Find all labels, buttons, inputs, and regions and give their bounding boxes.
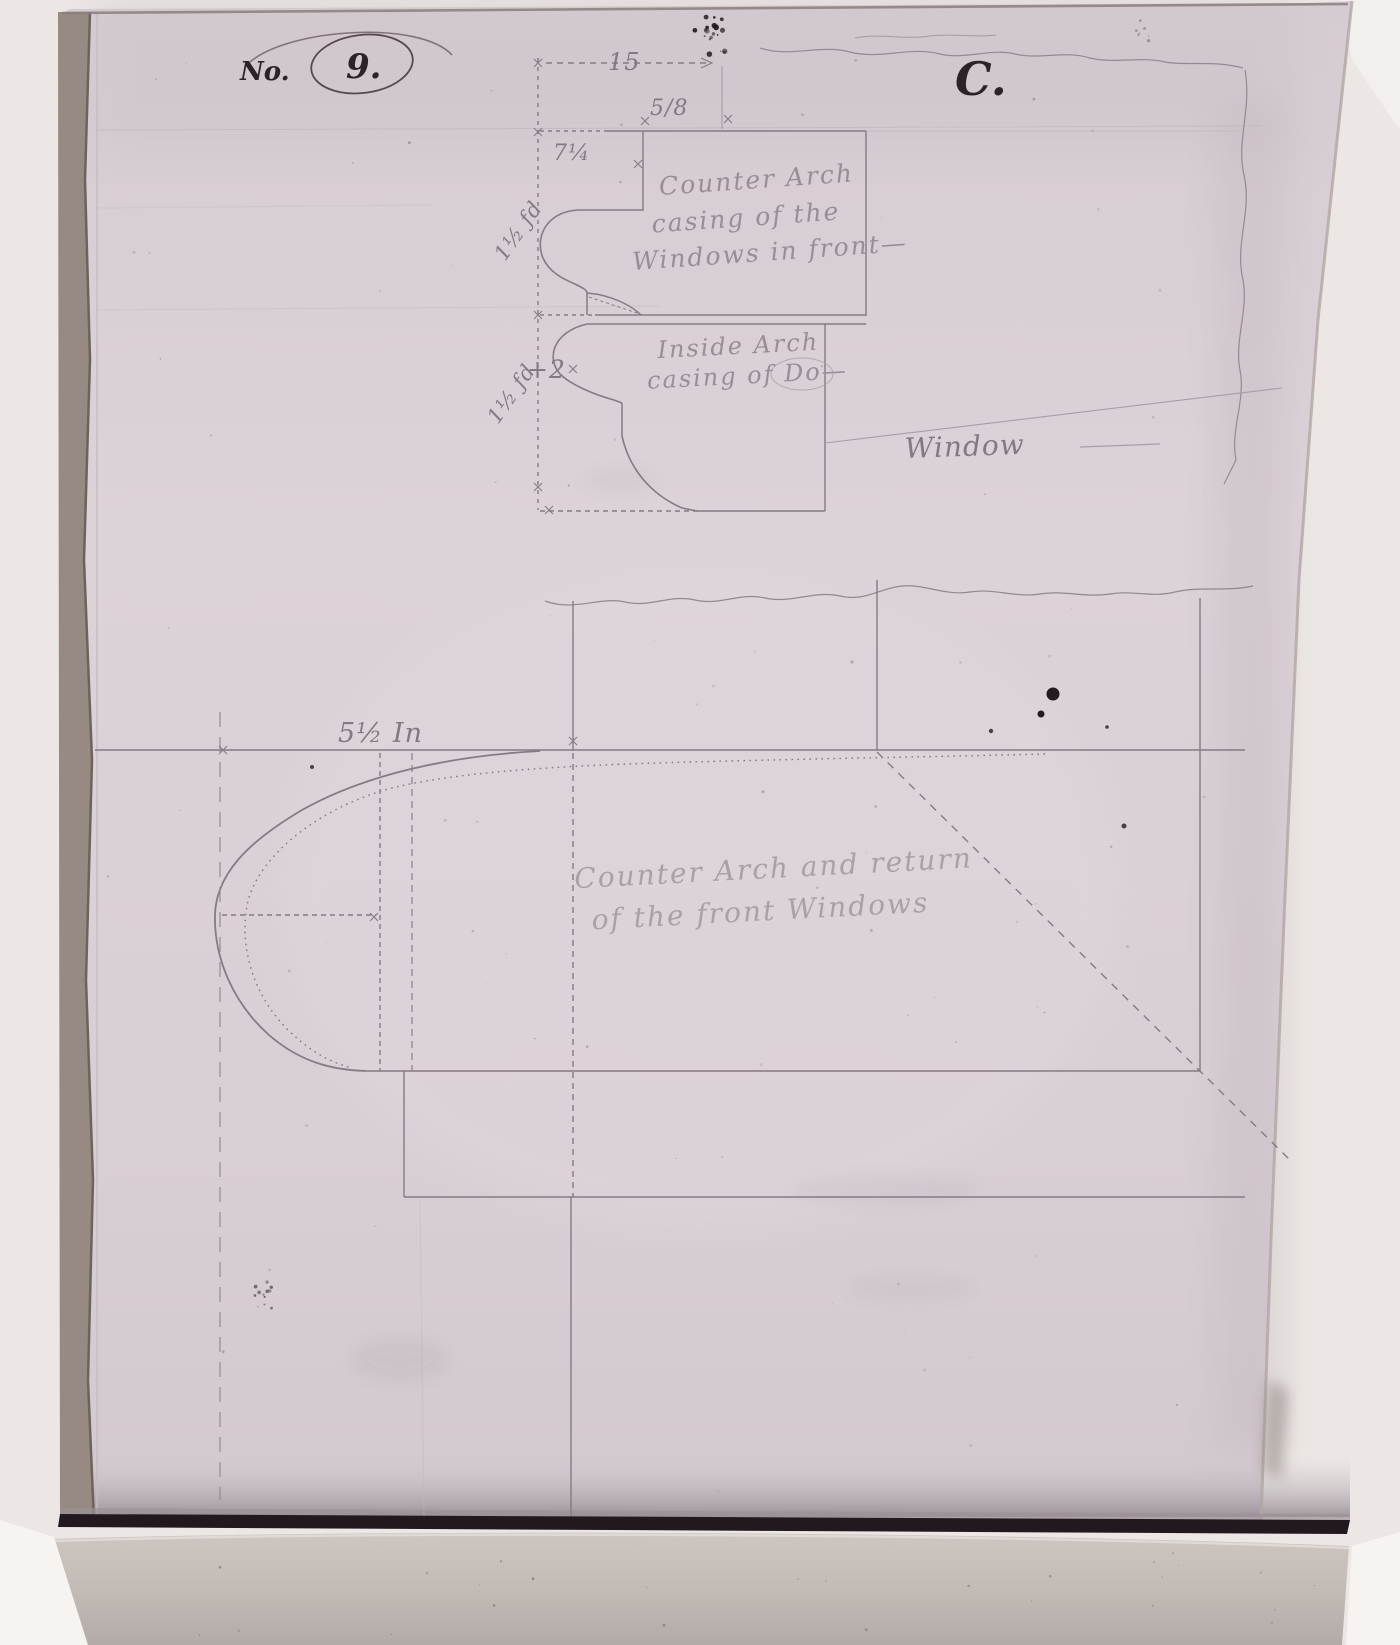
speck <box>1036 1006 1038 1008</box>
speck <box>534 1038 536 1040</box>
speck <box>1034 1255 1037 1258</box>
speck <box>550 615 551 616</box>
speck <box>821 365 824 368</box>
speck <box>155 78 157 80</box>
speck <box>760 1063 763 1066</box>
speck <box>426 1572 429 1575</box>
ink-blot <box>1047 688 1060 701</box>
speck <box>870 929 873 932</box>
speck <box>257 1306 258 1307</box>
speck <box>654 640 656 642</box>
speck <box>720 51 721 52</box>
speck <box>1260 1572 1262 1574</box>
speck <box>713 16 716 19</box>
speck <box>675 1158 677 1160</box>
speck <box>305 1124 308 1127</box>
speck <box>314 1065 315 1066</box>
rolled-sheet <box>52 1533 1349 1645</box>
speck <box>874 805 877 808</box>
page-no-label: No. <box>239 57 290 87</box>
speck <box>257 1291 261 1295</box>
speck <box>532 1577 535 1580</box>
speck <box>754 650 756 652</box>
ink-blot <box>1038 711 1045 718</box>
speck <box>709 38 711 40</box>
speck <box>693 28 698 33</box>
speck <box>586 1045 589 1048</box>
speck <box>1110 846 1112 848</box>
speck <box>1172 1552 1174 1554</box>
speck <box>1203 796 1206 799</box>
speck <box>490 89 493 92</box>
speck <box>270 1286 273 1289</box>
speck <box>1016 921 1018 923</box>
speck <box>374 1225 375 1226</box>
ink-blot <box>310 765 314 769</box>
dim-7-quarter-label: 7¼ <box>553 141 590 166</box>
speck <box>1143 27 1146 30</box>
speck <box>1061 452 1062 453</box>
speck <box>1139 19 1142 22</box>
speck <box>268 1289 272 1293</box>
speck <box>765 902 766 903</box>
speck <box>485 983 486 984</box>
speck <box>185 63 186 64</box>
speck <box>717 1491 719 1493</box>
speck <box>1071 608 1073 610</box>
speck <box>1091 130 1094 133</box>
speck <box>479 1584 480 1585</box>
speck <box>712 32 715 35</box>
speck <box>797 1579 798 1580</box>
speck <box>904 1330 906 1332</box>
speck <box>905 774 906 775</box>
speck <box>1314 1585 1315 1586</box>
speck <box>984 493 986 495</box>
paper-shading-right <box>1215 100 1285 1450</box>
speck <box>452 264 453 265</box>
ink-blot <box>989 729 993 733</box>
speck <box>1147 39 1150 42</box>
speck <box>897 1283 900 1286</box>
speck <box>1135 29 1138 32</box>
speck <box>704 15 709 20</box>
speck <box>222 1350 225 1353</box>
speck <box>408 141 411 144</box>
speck <box>866 852 867 853</box>
speck <box>704 35 706 37</box>
speck <box>955 1041 957 1043</box>
speck <box>1148 35 1150 37</box>
speck <box>647 1587 648 1588</box>
scanned-drawing-page: No. 9. C. 15 5/8 7¼ 1½ ƒd Counter Arch c… <box>0 0 1400 1645</box>
speck <box>1176 1404 1178 1406</box>
speck <box>107 875 109 877</box>
speck <box>505 953 507 955</box>
speck <box>934 997 936 999</box>
speck <box>967 1585 969 1587</box>
speck <box>1126 945 1129 948</box>
window-label: Window <box>904 428 1025 465</box>
speck <box>969 1444 972 1447</box>
speck <box>493 1604 496 1607</box>
dim-15-label: 15 <box>608 48 641 76</box>
backing-wedge-right <box>1346 1532 1400 1645</box>
speck <box>1162 1577 1163 1578</box>
speck <box>1032 98 1035 101</box>
paper-bottom-shadow <box>60 1455 1350 1517</box>
speck <box>825 1580 827 1582</box>
speck <box>132 251 135 254</box>
speck <box>237 1630 240 1633</box>
speck <box>959 661 962 664</box>
speck <box>816 887 818 889</box>
drawing-canvas: No. 9. C. 15 5/8 7¼ 1½ ƒd Counter Arch c… <box>0 0 1400 1645</box>
speck <box>663 1624 666 1627</box>
speck <box>1153 1561 1155 1563</box>
speck <box>923 1368 926 1371</box>
speck <box>801 114 803 116</box>
ink-blot <box>1105 725 1109 729</box>
speck <box>712 685 715 688</box>
speck <box>476 821 478 823</box>
plan-dim-label: 5½ In <box>338 718 423 749</box>
speck <box>707 51 713 57</box>
speck <box>969 1357 970 1358</box>
speck <box>268 1268 271 1271</box>
speck <box>704 28 709 33</box>
speck <box>270 1307 273 1310</box>
speck <box>326 942 327 943</box>
speck <box>148 252 150 254</box>
speck <box>471 930 474 933</box>
speck <box>1274 1609 1276 1611</box>
speck <box>568 484 570 486</box>
speck <box>761 790 764 793</box>
speck <box>1138 33 1140 35</box>
speck <box>263 1304 265 1306</box>
speck <box>831 1303 833 1305</box>
speck <box>720 28 725 33</box>
speck <box>1271 1622 1273 1624</box>
speck <box>160 358 162 360</box>
speck <box>974 411 975 412</box>
speck <box>1152 1605 1154 1607</box>
speck <box>1035 903 1036 904</box>
speck <box>1159 289 1162 292</box>
speck <box>880 216 881 217</box>
speck <box>717 34 719 36</box>
sheet-letter: C. <box>955 52 1007 106</box>
speck <box>168 627 170 629</box>
speck <box>854 59 857 62</box>
speck <box>907 1014 909 1016</box>
speck <box>967 1410 968 1411</box>
speck <box>391 1633 393 1635</box>
speck <box>219 1566 222 1569</box>
speck <box>712 23 717 28</box>
speck <box>722 48 727 53</box>
speck <box>500 1560 502 1562</box>
speck <box>620 123 623 126</box>
speck <box>619 181 621 183</box>
speck <box>265 1280 268 1283</box>
speck <box>179 809 181 811</box>
speck <box>1049 1575 1052 1578</box>
speck <box>1152 416 1154 418</box>
speck <box>254 1294 257 1297</box>
dim-5-8-label: 5/8 <box>650 96 688 121</box>
speck <box>1178 1565 1179 1566</box>
speck <box>1031 1600 1032 1601</box>
speck <box>613 438 616 441</box>
speck <box>865 1628 868 1631</box>
speck <box>495 481 497 483</box>
speck <box>1097 208 1100 211</box>
speck <box>199 1634 201 1636</box>
speck <box>1048 655 1051 658</box>
speck <box>264 1296 266 1298</box>
speck <box>262 1294 264 1296</box>
speck <box>851 660 854 663</box>
speck <box>254 1285 258 1289</box>
speck <box>288 969 291 972</box>
ink-blot <box>1122 824 1127 829</box>
speck <box>352 162 354 164</box>
speck <box>379 290 381 292</box>
speck <box>1043 1011 1045 1013</box>
speck <box>720 17 724 21</box>
speck <box>444 819 447 822</box>
speck <box>721 1156 723 1158</box>
speck <box>716 28 718 30</box>
speck <box>696 703 698 705</box>
speck <box>210 435 212 437</box>
speck <box>1138 603 1139 604</box>
page-number: 9. <box>346 47 382 87</box>
